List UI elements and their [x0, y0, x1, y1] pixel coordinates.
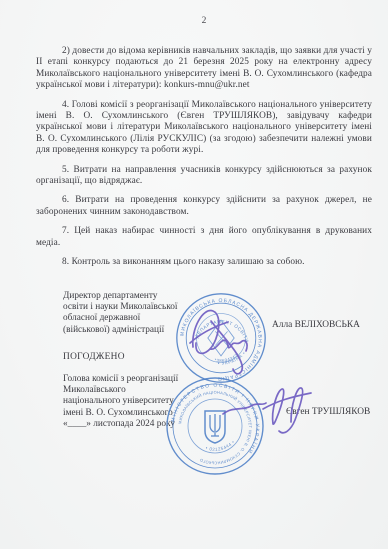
- head-title-line: національного університету: [63, 396, 178, 407]
- paragraph-4: 4. Голові комісії з реорганізації Микола…: [36, 100, 372, 157]
- paragraph-8: 8. Контроль за виконанням цього наказу з…: [36, 257, 372, 268]
- document-body: 2) довести до відома керівників навчальн…: [36, 46, 372, 277]
- director-title-block: Директор департаменту освіти і науки Мик…: [63, 291, 177, 336]
- director-signature-icon: [183, 293, 265, 381]
- head-title-line: Миколаївського: [63, 385, 178, 396]
- director-title-line: обласної державної: [63, 313, 177, 324]
- head-title-line: Голова комісії з реорганізації: [63, 374, 178, 385]
- director-title-line: освіти і науки Миколаївської: [63, 302, 177, 313]
- head-title-line: імені В. О. Сухомлинського: [63, 408, 178, 419]
- head-date-line: «____» листопада 2024 року: [63, 419, 178, 430]
- director-title-line: Директор департаменту: [63, 291, 177, 302]
- document-page: 2 2) довести до відома керівників навчал…: [0, 0, 388, 549]
- head-signature-icon: [219, 378, 315, 450]
- agreed-label: ПОГОДЖЕНО: [63, 352, 125, 362]
- paragraph-2: 2) довести до відома керівників навчальн…: [36, 46, 372, 92]
- director-title-line: (військової) адміністрації: [63, 325, 177, 336]
- head-title-block: Голова комісії з реорганізації Миколаївс…: [63, 374, 178, 430]
- paragraph-7: 7. Цей наказ набирає чинності з дня його…: [36, 226, 372, 249]
- paragraph-5: 5. Витрати на направлення учасників конк…: [36, 165, 372, 188]
- paragraph-6: 6. Витрати на проведення конкурсу здійсн…: [36, 195, 372, 218]
- page-number: 2: [36, 16, 372, 26]
- director-name: Алла ВЕЛІХОВСЬКА: [272, 320, 360, 330]
